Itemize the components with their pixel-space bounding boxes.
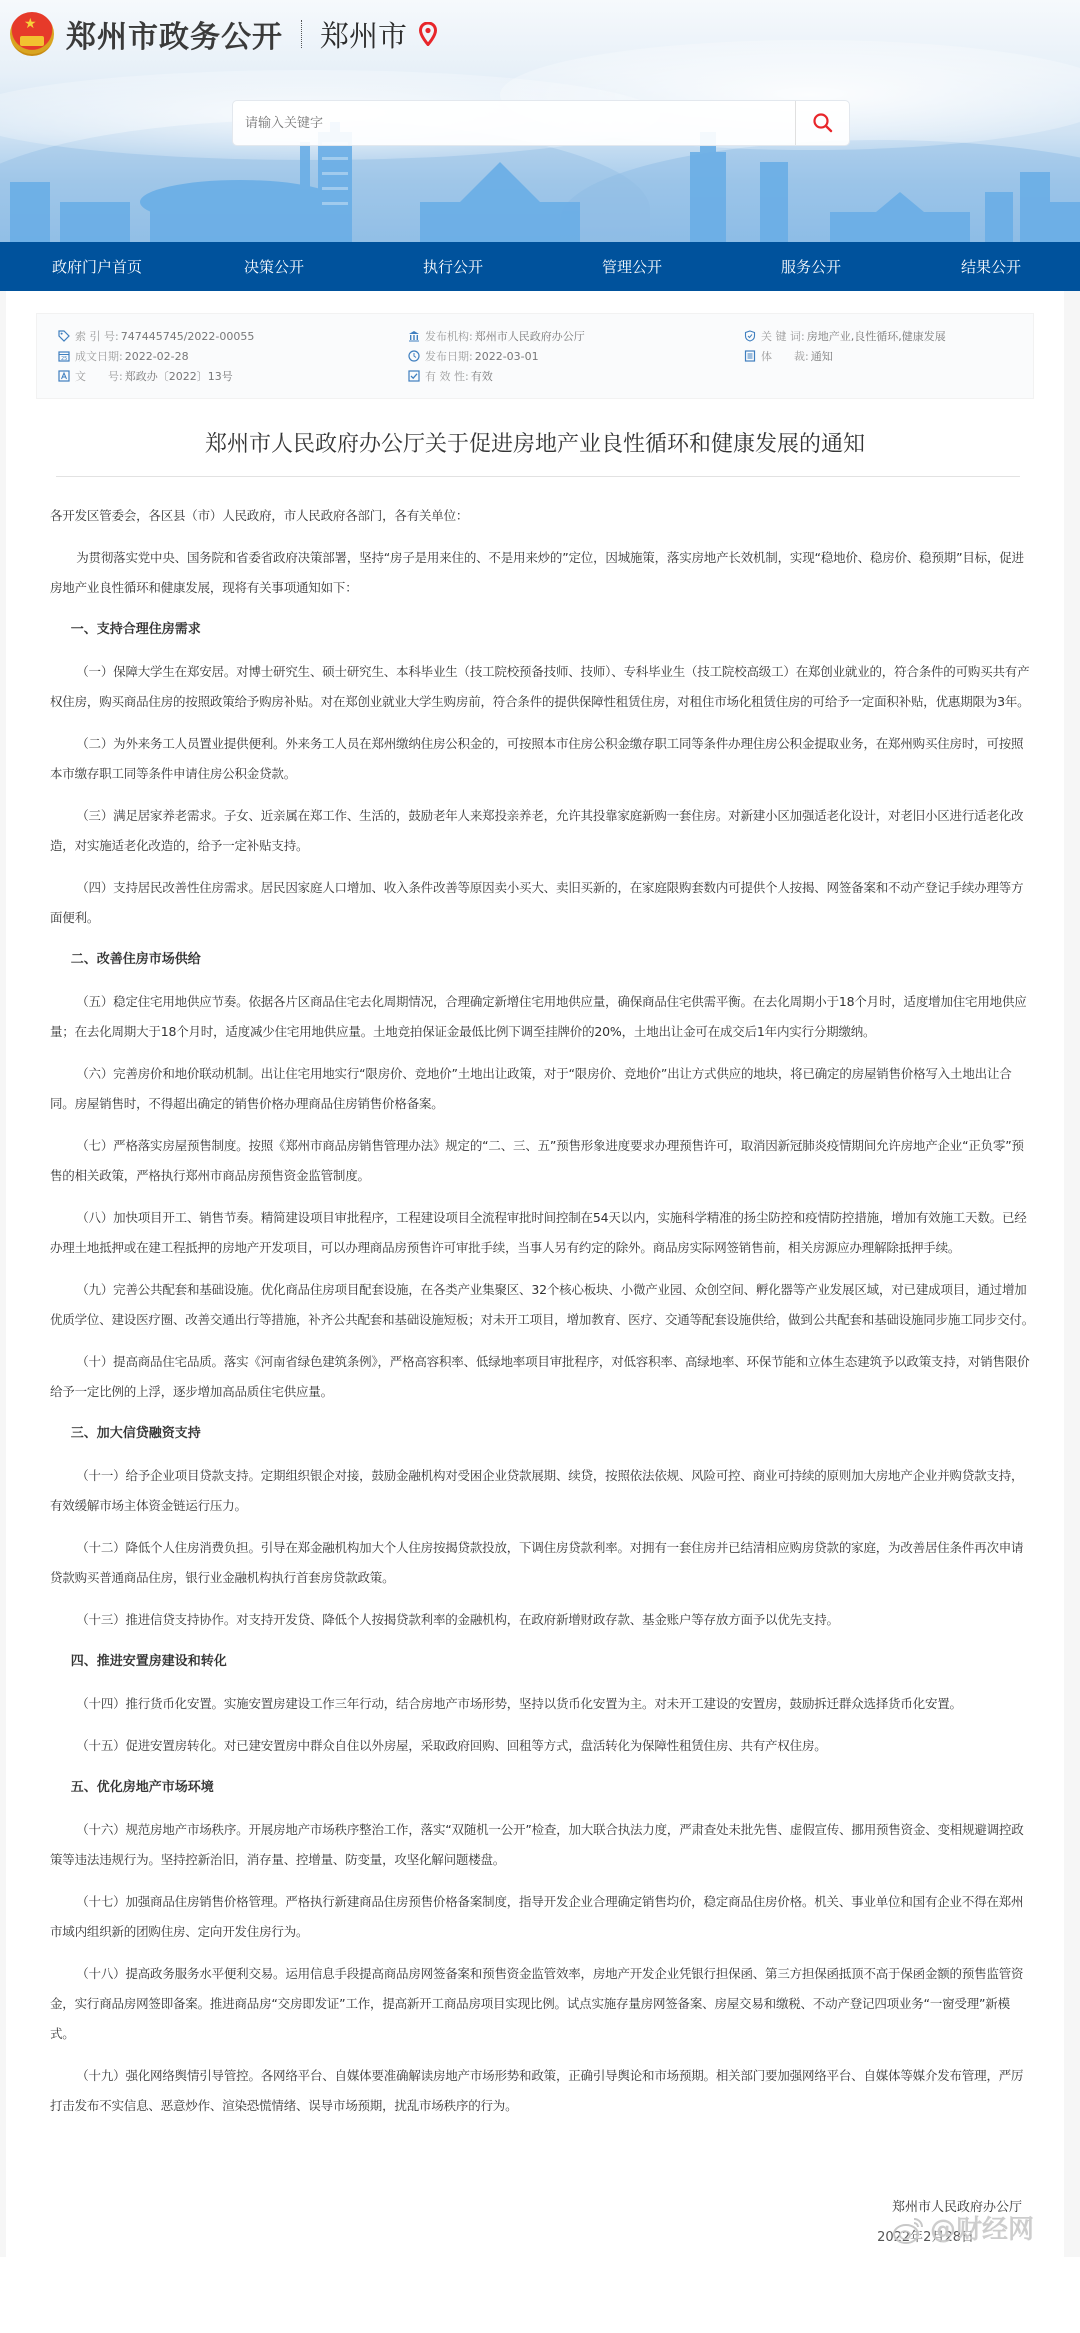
nav-item-decision[interactable]: 决策公开 <box>244 256 304 277</box>
checkbox-icon <box>407 370 420 383</box>
nav-item-result[interactable]: 结果公开 <box>961 256 1021 277</box>
clause-paragraph: （十一）给予企业项目贷款支持。定期组织银企对接，鼓励金融机构对受困企业贷款展期、… <box>50 1461 1034 1521</box>
svg-text:25: 25 <box>61 356 67 362</box>
meta-keywords: 关 键 词: 房地产业,良性循环,健康发展 <box>743 326 946 346</box>
search-bar <box>232 100 850 146</box>
clause-paragraph: （十六）规范房地产市场秩序。开展房地产市场秩序整治工作，落实“双随机一公开”检查… <box>50 1815 1034 1875</box>
national-emblem-icon <box>10 12 54 56</box>
clause-paragraph: （十）提高商品住宅品质。落实《河南省绿色建筑条例》，严格高容积率、低绿地率项目审… <box>50 1347 1034 1407</box>
content-panel: 索 引 号: 747445745/2022-00055 25 成文日期: 202… <box>6 291 1064 2257</box>
clause-paragraph: （九）完善公共配套和基础设施。优化商品住房项目配套设施，在各类产业集聚区、32个… <box>50 1275 1034 1335</box>
meta-column-2: 发布机构: 郑州市人民政府办公厅 发布日期: 2022-03-01 有 效 性:… <box>407 326 585 386</box>
meta-doc-no: 文 号: 郑政办〔2022〕13号 <box>57 366 254 386</box>
meta-genre: 体 裁: 通知 <box>743 346 946 366</box>
meta-column-3: 关 键 词: 房地产业,良性循环,健康发展 体 裁: 通知 <box>743 326 946 366</box>
clause-paragraph: （三）满足居家养老需求。子女、近亲属在郑工作、生活的，鼓励老年人来郑投亲养老，允… <box>50 801 1034 861</box>
clause-paragraph: （五）稳定住宅用地供应节奏。依据各片区商品住宅去化周期情况，合理确定新增住宅用地… <box>50 987 1034 1047</box>
shield-icon <box>743 330 756 343</box>
signature-issuer: 郑州市人民政府办公厅 <box>50 2193 1034 2223</box>
search-icon <box>812 112 834 134</box>
title-divider <box>301 20 302 48</box>
clause-paragraph: （十五）促进安置房转化。对已建安置房中群众自住以外房屋，采取政府回购、回租等方式… <box>50 1731 1034 1761</box>
clause-paragraph: （四）支持居民改善性住房需求。居民因家庭人口增加、收入条件改善等原因卖小买大、卖… <box>50 873 1034 933</box>
city-name[interactable]: 郑州市 <box>320 14 407 55</box>
clause-paragraph: （十三）推进信贷支持协作。对支持开发贷、降低个人按揭贷款利率的金融机构，在政府新… <box>50 1605 1034 1635</box>
search-button[interactable] <box>795 101 849 145</box>
clause-paragraph: （八）加快项目开工、销售节奏。精简建设项目审批程序，工程建设项目全流程审批时间控… <box>50 1203 1034 1263</box>
section-heading: 一、支持合理住房需求 <box>50 615 1034 645</box>
meta-index-no: 索 引 号: 747445745/2022-00055 <box>57 326 254 346</box>
document-number-icon <box>57 370 70 383</box>
document-meta-box: 索 引 号: 747445745/2022-00055 25 成文日期: 202… <box>36 313 1034 399</box>
salutation: 各开发区管委会，各区县（市）人民政府，市人民政府各部门，各有关单位： <box>50 501 1034 531</box>
site-title: 郑州市政务公开 <box>66 12 283 56</box>
signature-date-row: 2022年2月28日 @财经网 <box>50 2223 1034 2257</box>
clause-paragraph: （十二）降低个人住房消费负担。引导在郑金融机构加大个人住房按揭贷款投放，下调住房… <box>50 1533 1034 1593</box>
nav-item-management[interactable]: 管理公开 <box>602 256 662 277</box>
clause-paragraph: （二）为外来务工人员置业提供便利。外来务工人员在郑州缴纳住房公积金的，可按照本市… <box>50 729 1034 789</box>
page-container: 索 引 号: 747445745/2022-00055 25 成文日期: 202… <box>0 291 1080 2257</box>
list-document-icon <box>743 350 756 363</box>
document-title: 郑州市人民政府办公厅关于促进房地产业良性循环和健康发展的通知 <box>36 399 1034 476</box>
site-logo-row[interactable]: 郑州市政务公开 郑州市 <box>10 8 437 60</box>
intro-paragraph: 为贯彻落实党中央、国务院和省委省政府决策部署，坚持“房子是用来住的、不是用来炒的… <box>50 543 1034 603</box>
clause-paragraph: （十九）强化网络舆情引导管控。各网络平台、自媒体要准确解读房地产市场形势和政策，… <box>50 2061 1034 2121</box>
nav-item-portal-home[interactable]: 政府门户首页 <box>52 256 142 277</box>
weibo-logo-icon <box>892 2215 926 2245</box>
clause-paragraph: （十八）提高政务服务水平便利交易。运用信息手段提高商品房网签备案和预售资金监管效… <box>50 1959 1034 2049</box>
meta-validity: 有 效 性: 有效 <box>407 366 585 386</box>
clause-paragraph: （七）严格落实房屋预售制度。按照《郑州市商品房销售管理办法》规定的“二、三、五”… <box>50 1131 1034 1191</box>
section-heading: 三、加大信贷融资支持 <box>50 1419 1034 1449</box>
watermark: @财经网 <box>892 2215 1034 2245</box>
clause-paragraph: （十七）加强商品住房销售价格管理。严格执行新建商品住房预售价格备案制度，指导开发… <box>50 1887 1034 1947</box>
section-heading: 二、改善住房市场供给 <box>50 945 1034 975</box>
nav-item-execution[interactable]: 执行公开 <box>423 256 483 277</box>
clause-paragraph: （六）完善房价和地价联动机制。出让住宅用地实行“限房价、竞地价”土地出让政策，对… <box>50 1059 1034 1119</box>
meta-publisher: 发布机构: 郑州市人民政府办公厅 <box>407 326 585 346</box>
header-banner: 郑州市政务公开 郑州市 <box>0 0 1080 242</box>
document-body: 各开发区管委会，各区县（市）人民政府，市人民政府各部门，各有关单位： 为贯彻落实… <box>36 477 1034 2257</box>
clause-paragraph: （十四）推行货币化安置。实施安置房建设工作三年行动，结合房地产市场形势，坚持以货… <box>50 1689 1034 1719</box>
main-nav: 政府门户首页 决策公开 执行公开 管理公开 服务公开 结果公开 <box>0 242 1080 291</box>
tag-icon <box>57 330 70 343</box>
section-heading: 四、推进安置房建设和转化 <box>50 1647 1034 1677</box>
clock-icon <box>407 350 420 363</box>
meta-publish-date: 发布日期: 2022-03-01 <box>407 346 585 366</box>
calendar-icon: 25 <box>57 350 70 363</box>
nav-item-service[interactable]: 服务公开 <box>781 256 841 277</box>
institution-icon <box>407 330 420 343</box>
section-heading: 五、优化房地产市场环境 <box>50 1773 1034 1803</box>
meta-column-1: 索 引 号: 747445745/2022-00055 25 成文日期: 202… <box>57 326 254 386</box>
clause-paragraph: （一）保障大学生在郑安居。对博士研究生、硕士研究生、本科毕业生（技工院校预备技师… <box>50 657 1034 717</box>
location-pin-icon[interactable] <box>419 22 437 46</box>
search-input[interactable] <box>233 101 795 145</box>
meta-created-date: 25 成文日期: 2022-02-28 <box>57 346 254 366</box>
